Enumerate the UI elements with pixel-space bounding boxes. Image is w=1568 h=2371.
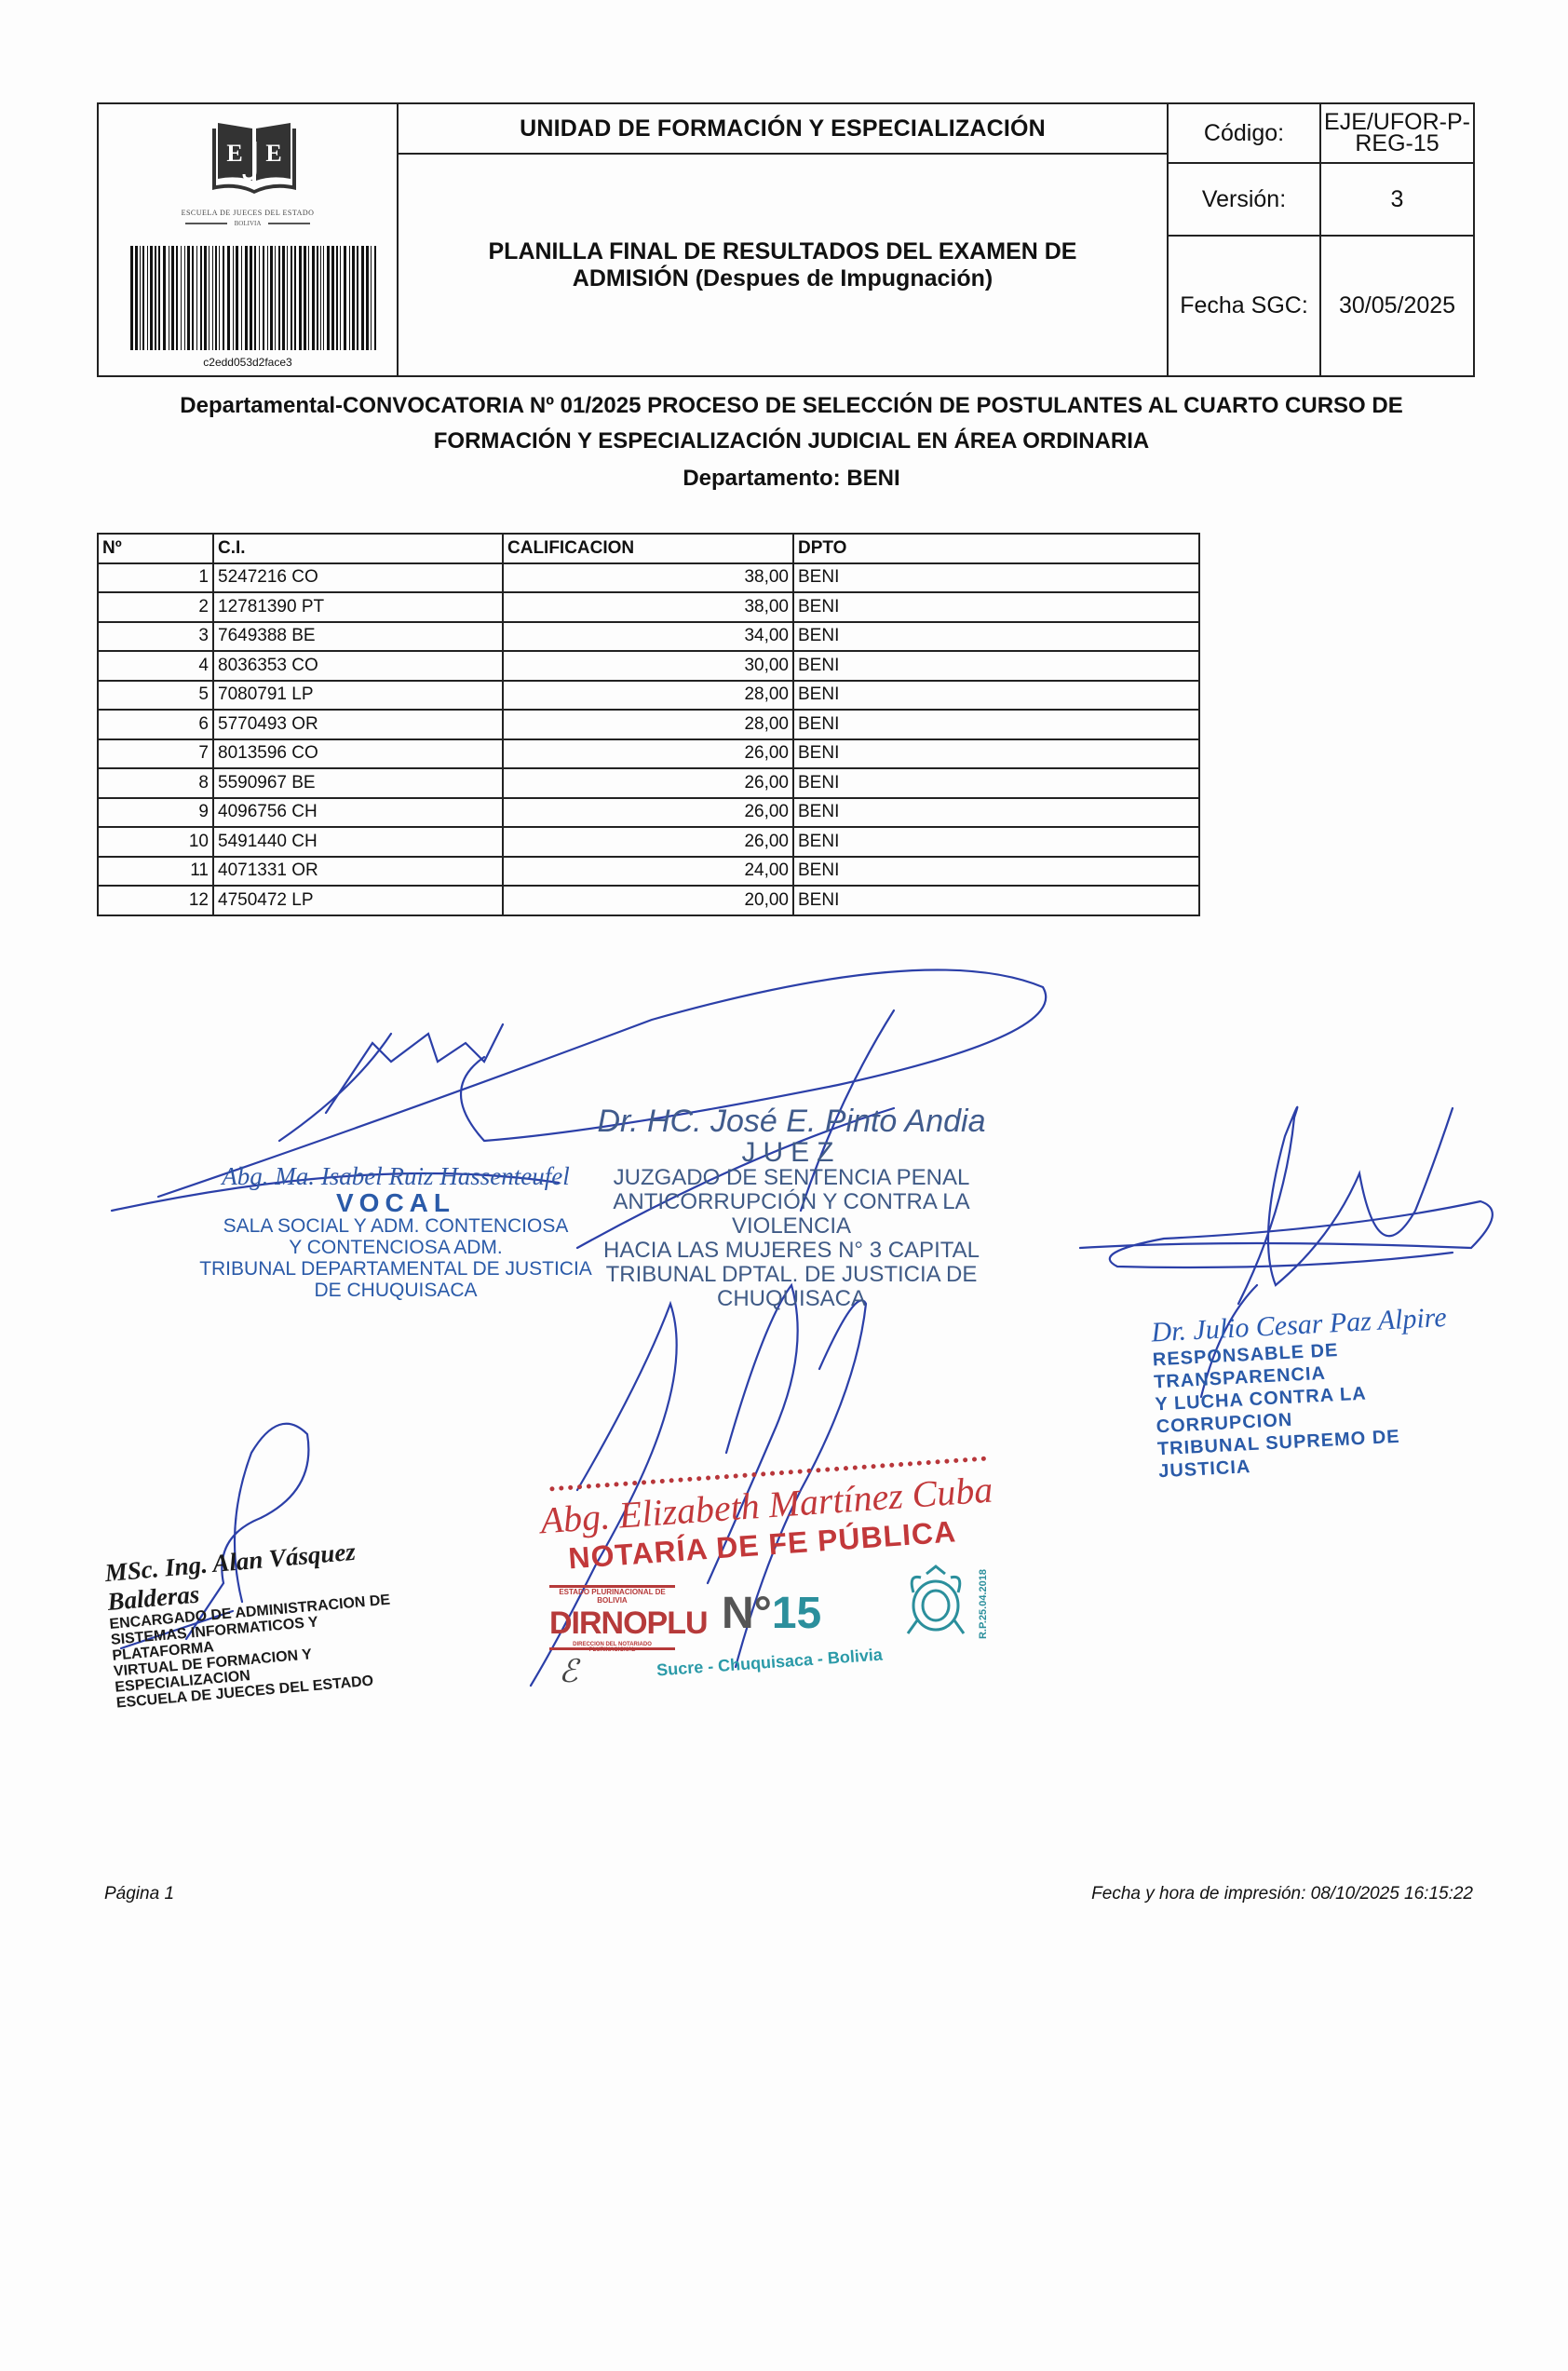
barcode — [130, 246, 380, 350]
stamp-line: DE CHUQUISACA — [182, 1280, 610, 1301]
table-row: 57080791 LP28,00BENI — [98, 681, 1199, 711]
page-number: Página 1 — [104, 1884, 174, 1904]
institution-country: BOLIVIA — [99, 220, 397, 227]
meta-labels: Código: Versión: Fecha SGC: — [1169, 104, 1321, 375]
row-number: 6 — [98, 710, 213, 739]
row-dpto: BENI — [793, 563, 1199, 593]
print-timestamp: Fecha y hora de impresión: 08/10/2025 16… — [1091, 1884, 1473, 1904]
stamp-line: JUZGADO DE SENTENCIA PENAL — [568, 1166, 1015, 1190]
table-row: 114071331 OR24,00BENI — [98, 857, 1199, 887]
row-score: 38,00 — [503, 592, 793, 622]
row-ci: 4750472 LP — [213, 886, 503, 915]
table-row: 85590967 BE26,00BENI — [98, 768, 1199, 798]
row-score: 26,00 — [503, 768, 793, 798]
institution-name: ESCUELA DE JUECES DEL ESTADO — [99, 209, 397, 217]
col-ci: C.I. — [213, 534, 503, 563]
row-number: 2 — [98, 592, 213, 622]
row-score: 26,00 — [503, 827, 793, 857]
document-title: PLANILLA FINAL DE RESULTADOS DEL EXAMEN … — [399, 155, 1167, 375]
svg-text:E: E — [226, 140, 242, 167]
row-dpto: BENI — [793, 710, 1199, 739]
table-row: 48036353 CO30,00BENI — [98, 651, 1199, 681]
row-ci: 12781390 PT — [213, 592, 503, 622]
version-value: 3 — [1321, 164, 1473, 237]
badge-top-text: ESTADO PLURINACIONAL DE BOLIVIA — [549, 1588, 675, 1605]
row-score: 26,00 — [503, 739, 793, 769]
document-header: E E ESCUELA DE JUECES DEL ESTADO BOLIVIA… — [97, 102, 1475, 377]
results-table: Nº C.I. CALIFICACION DPTO 15247216 CO38,… — [97, 533, 1200, 916]
coat-of-arms-seal-icon — [899, 1565, 973, 1639]
row-score: 38,00 — [503, 563, 793, 593]
convocatoria-line-2: FORMACIÓN Y ESPECIALIZACIÓN JUDICIAL EN … — [93, 428, 1490, 454]
table-row: 94096756 CH26,00BENI — [98, 798, 1199, 828]
row-dpto: BENI — [793, 768, 1199, 798]
row-score: 34,00 — [503, 622, 793, 652]
meta-values: EJE/UFOR-P-REG-15 3 30/05/2025 — [1321, 104, 1473, 375]
row-score: 24,00 — [503, 857, 793, 887]
col-number: Nº — [98, 534, 213, 563]
row-ci: 8013596 CO — [213, 739, 503, 769]
signature-stamp-judge: Dr. HC. José E. Pinto Andia JUEZ JUZGADO… — [568, 1104, 1015, 1311]
row-ci: 7080791 LP — [213, 681, 503, 711]
logo-barcode-cell: E E ESCUELA DE JUECES DEL ESTADO BOLIVIA… — [99, 104, 399, 375]
number-prefix: N° — [722, 1589, 772, 1638]
badge-bottom-text: DIRECCION DEL NOTARIADO PLURINACIONAL — [549, 1642, 675, 1653]
row-dpto: BENI — [793, 739, 1199, 769]
signature-stamp-transparency: Dr. Julio Cesar Paz Alpire RESPONSABLE D… — [1151, 1300, 1494, 1484]
table-row: 105491440 CH26,00BENI — [98, 827, 1199, 857]
stamp-line: Y CONTENCIOSA ADM. — [182, 1237, 610, 1258]
signer-role: VOCAL — [182, 1191, 610, 1215]
signer-name: Dr. HC. José E. Pinto Andia — [568, 1104, 1015, 1140]
table-row: 78013596 CO26,00BENI — [98, 739, 1199, 769]
row-number: 10 — [98, 827, 213, 857]
row-number: 8 — [98, 768, 213, 798]
number-value: 15 — [772, 1589, 821, 1638]
date-value: 30/05/2025 — [1321, 237, 1473, 375]
row-number: 4 — [98, 651, 213, 681]
row-number: 1 — [98, 563, 213, 593]
dirnoplu-badge: ESTADO PLURINACIONAL DE BOLIVIA DIRNOPLU… — [549, 1585, 675, 1650]
row-dpto: BENI — [793, 651, 1199, 681]
signer-role: JUEZ — [568, 1140, 1015, 1166]
row-number: 7 — [98, 739, 213, 769]
row-dpto: BENI — [793, 681, 1199, 711]
row-ci: 5491440 CH — [213, 827, 503, 857]
notary-city: Sucre - Chuquisaca - Bolivia — [656, 1646, 884, 1681]
row-score: 30,00 — [503, 651, 793, 681]
col-score: CALIFICACION — [503, 534, 793, 563]
row-ci: 5590967 BE — [213, 768, 503, 798]
code-value: EJE/UFOR-P-REG-15 — [1321, 104, 1473, 164]
row-ci: 5770493 OR — [213, 710, 503, 739]
date-label: Fecha SGC: — [1169, 237, 1319, 375]
row-ci: 5247216 CO — [213, 563, 503, 593]
row-dpto: BENI — [793, 592, 1199, 622]
unit-title: UNIDAD DE FORMACIÓN Y ESPECIALIZACIÓN — [399, 104, 1167, 155]
stamp-line: SALA SOCIAL Y ADM. CONTENCIOSA — [182, 1215, 610, 1237]
title-cell: UNIDAD DE FORMACIÓN Y ESPECIALIZACIÓN PL… — [399, 104, 1169, 375]
row-dpto: BENI — [793, 827, 1199, 857]
signature-stamp-vocal: Abg. Ma. Isabel Ruiz Hassenteufel VOCAL … — [182, 1162, 610, 1301]
notary-number: N°15 — [722, 1588, 821, 1639]
convocatoria-line-1: Departamental-CONVOCATORIA Nº 01/2025 PR… — [93, 393, 1490, 419]
row-number: 3 — [98, 622, 213, 652]
table-row: 212781390 PT38,00BENI — [98, 592, 1199, 622]
row-ci: 7649388 BE — [213, 622, 503, 652]
signer-name: Abg. Ma. Isabel Ruiz Hassenteufel — [182, 1162, 610, 1191]
row-ci: 4071331 OR — [213, 857, 503, 887]
stamp-line: HACIA LAS MUJERES N° 3 CAPITAL — [568, 1239, 1015, 1263]
table-row: 124750472 LP20,00BENI — [98, 886, 1199, 915]
col-dpto: DPTO — [793, 534, 1199, 563]
row-dpto: BENI — [793, 857, 1199, 887]
row-score: 20,00 — [503, 886, 793, 915]
row-ci: 4096756 CH — [213, 798, 503, 828]
stamp-line: TRIBUNAL DEPARTAMENTAL DE JUSTICIA — [182, 1258, 610, 1280]
table-row: 15247216 CO38,00BENI — [98, 563, 1199, 593]
badge-main-text: DIRNOPLU — [549, 1605, 675, 1642]
code-label: Código: — [1169, 104, 1319, 164]
stamp-line: ANTICORRUPCIÓN Y CONTRA LA VIOLENCIA — [568, 1190, 1015, 1239]
row-dpto: BENI — [793, 886, 1199, 915]
stamp-glyph: ℰ — [559, 1653, 578, 1690]
svg-text:E: E — [265, 140, 281, 167]
row-number: 9 — [98, 798, 213, 828]
stamp-side-text: R.P.25.04.2018 — [978, 1569, 989, 1639]
row-number: 12 — [98, 886, 213, 915]
table-row: 65770493 OR28,00BENI — [98, 710, 1199, 739]
row-score: 28,00 — [503, 681, 793, 711]
department-heading: Departamento: BENI — [93, 466, 1490, 492]
notary-stamp: Abg. Elizabeth Martínez Cuba NOTARÍA DE … — [540, 1471, 1006, 1561]
stamp-line: TRIBUNAL DPTAL. DE JUSTICIA DE CHUQUISAC… — [568, 1263, 1015, 1311]
open-book-logo-icon: E E — [209, 119, 300, 194]
row-dpto: BENI — [793, 622, 1199, 652]
row-dpto: BENI — [793, 798, 1199, 828]
row-number: 11 — [98, 857, 213, 887]
row-score: 28,00 — [503, 710, 793, 739]
table-header-row: Nº C.I. CALIFICACION DPTO — [98, 534, 1199, 563]
row-score: 26,00 — [503, 798, 793, 828]
table-row: 37649388 BE34,00BENI — [98, 622, 1199, 652]
signature-stamp-systems: MSc. Ing. Alan Vásquez Balderas ENCARGAD… — [103, 1533, 413, 1711]
row-number: 5 — [98, 681, 213, 711]
row-ci: 8036353 CO — [213, 651, 503, 681]
version-label: Versión: — [1169, 164, 1319, 237]
barcode-text: c2edd053d2face3 — [99, 356, 397, 369]
